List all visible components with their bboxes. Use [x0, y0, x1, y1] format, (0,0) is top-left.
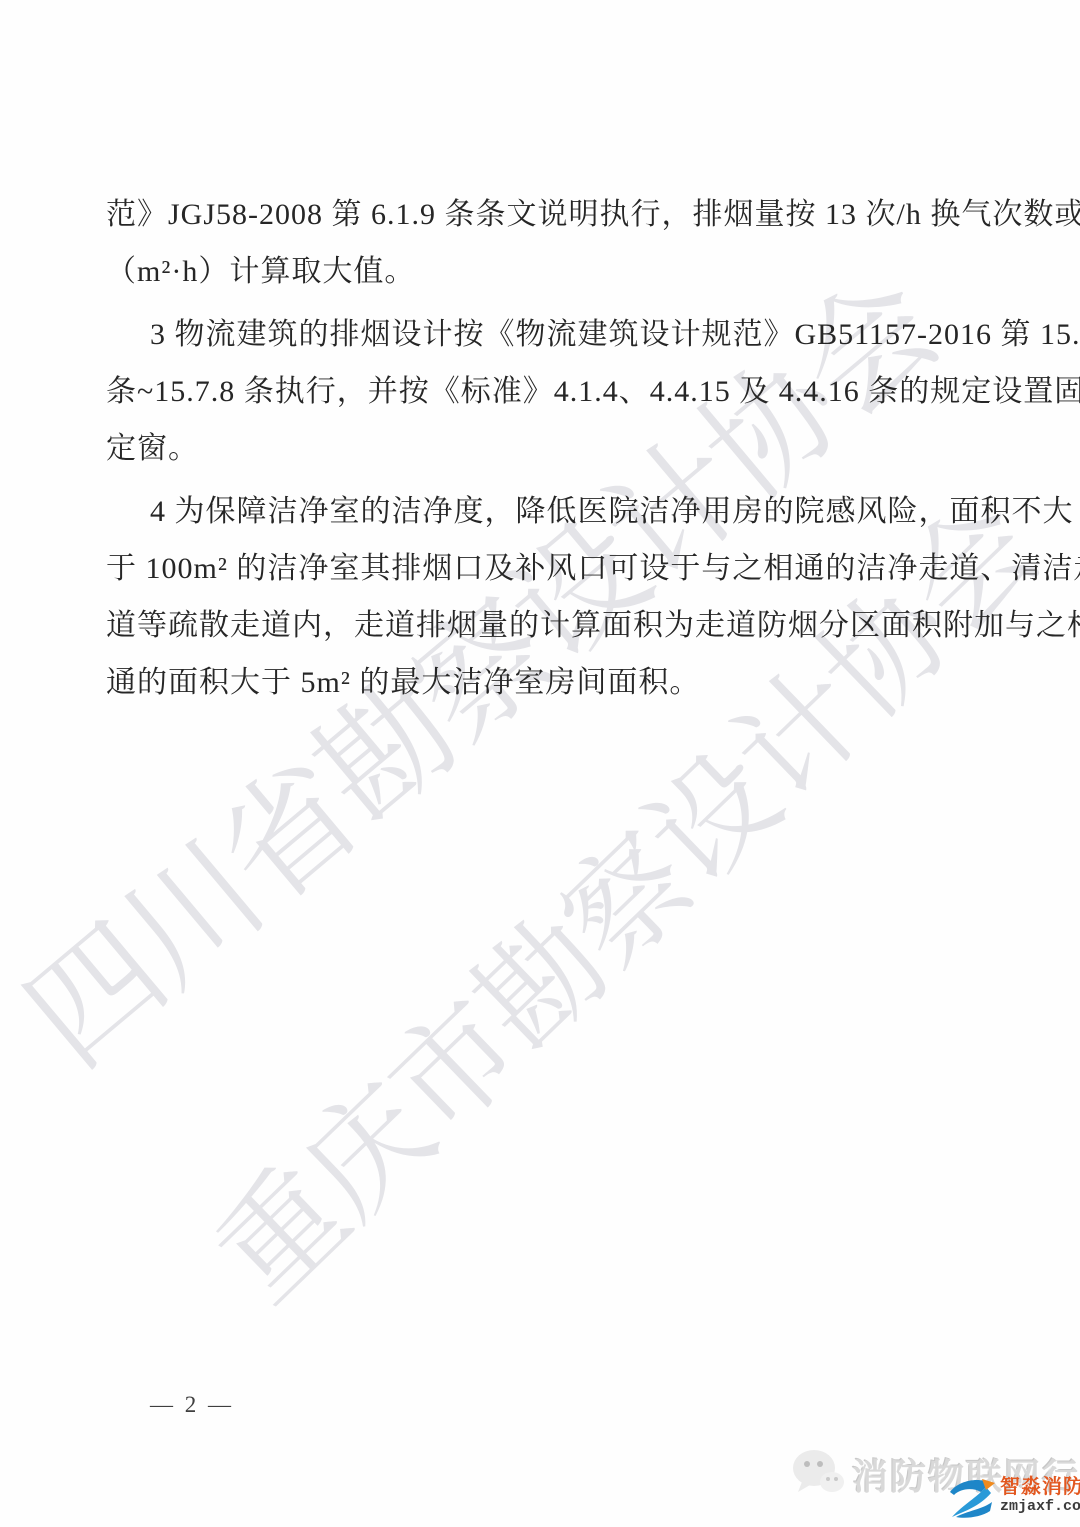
zhimiao-logo-name: 智淼消防	[1000, 1476, 1080, 1498]
page-number: — 2 —	[150, 1392, 234, 1418]
body-line-6: 4 为保障洁净室的洁净度，降低医院洁净用房的院感风险，面积不大	[106, 483, 966, 540]
zhimiao-swoosh-icon	[945, 1476, 997, 1527]
body-line-7: 于 100m² 的洁净室其排烟口及补风口可设于与之相通的洁净走道、清洁走	[106, 540, 966, 597]
zhimiao-logo-site: zmjaxf.com	[1000, 1498, 1080, 1516]
document-body: 范》JGJ58-2008 第 6.1.9 条条文说明执行，排烟量按 13 次/h…	[106, 186, 966, 711]
body-line-1: 范》JGJ58-2008 第 6.1.9 条条文说明执行，排烟量按 13 次/h…	[106, 186, 966, 243]
wechat-icon	[788, 1446, 846, 1503]
body-line-5: 定窗。	[106, 420, 966, 477]
body-line-3: 3 物流建筑的排烟设计按《物流建筑设计规范》GB51157-2016 第 15.…	[106, 306, 966, 363]
zhimiao-logo: 智淼消防 zmjaxf.com	[945, 1476, 1080, 1527]
body-line-9: 通的面积大于 5m² 的最大洁净室房间面积。	[106, 654, 966, 711]
body-line-4: 条~15.7.8 条执行，并按《标准》4.1.4、4.4.15 及 4.4.16…	[106, 363, 966, 420]
body-line-8: 道等疏散走道内，走道排烟量的计算面积为走道防烟分区面积附加与之相	[106, 597, 966, 654]
body-line-2: （m²·h）计算取大值。	[106, 243, 966, 300]
document-page: 四川省勘察设计协会 重庆市勘察设计协会 范》JGJ58-2008 第 6.1.9…	[0, 0, 1080, 1527]
